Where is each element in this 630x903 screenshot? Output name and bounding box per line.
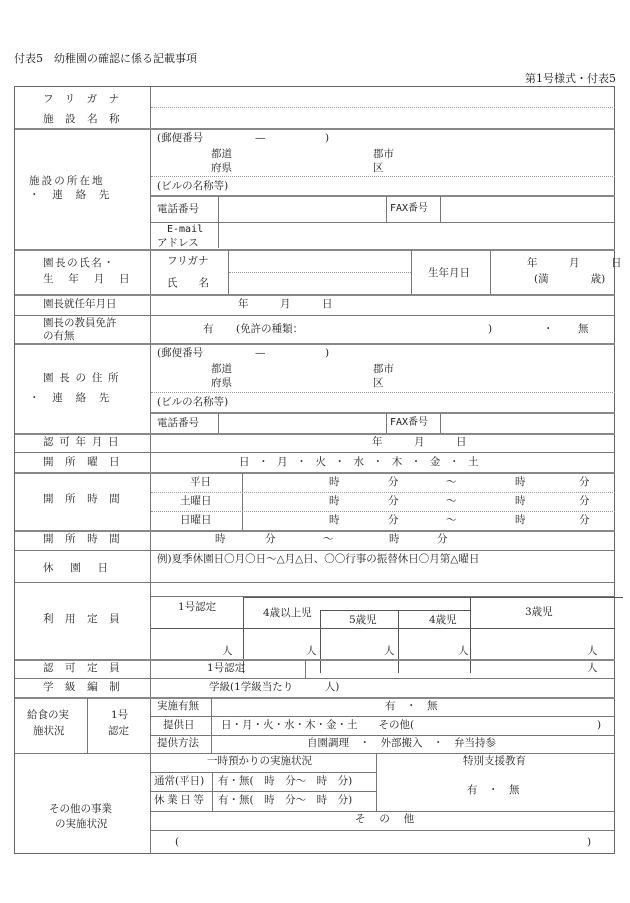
approved-capacity-label: 認可定員 [43,662,131,674]
capacity-age4-value[interactable]: 人 [458,645,469,657]
capacity-cert1-value[interactable]: 人 [222,645,233,657]
weekday-hour-1: 時 [329,476,340,488]
meals-label-2: 施状況 [33,725,65,737]
director-fax-input[interactable] [442,414,614,432]
director-postal-label: (郵便番号 [157,347,203,359]
director-building-label: (ビルの名称等) [157,396,228,408]
director-fax-label: FAX番号 [390,417,428,429]
other-header: そ の 他 [355,813,419,825]
hours2-min-1: 分 [265,533,276,545]
temp-care-weekday-label: 通常(平日) [154,775,204,787]
director-city-2: 区 [373,377,384,389]
director-address-label-1: 園長の住所 [43,372,124,384]
director-city-1: 郡市 [373,363,394,375]
appointed-date-label: 園長就任年月日 [43,298,117,310]
prefecture-label-1: 都道 [211,148,232,160]
email-input[interactable] [220,224,614,248]
sunday-hour-2: 時 [515,514,526,526]
capacity-age3-value[interactable]: 人 [587,645,598,657]
sunday-min-2: 分 [579,514,590,526]
meals-implemented-label: 実施有無 [157,700,199,712]
other-services-input[interactable] [185,833,585,851]
classes-value[interactable]: 学級(1学級当たり 人) [209,681,339,693]
saturday-min-1: 分 [388,495,399,507]
weekday-min-2: 分 [579,476,590,488]
meals-label-1: 給食の実 [27,709,69,721]
postal-label: (郵便番号 [157,132,203,144]
special-education-value[interactable]: 有 ・ 無 [467,784,520,796]
other-services-label-2: の実施状況 [55,818,108,830]
capacity-age5-value[interactable]: 人 [384,645,395,657]
phone-input[interactable] [220,197,384,221]
sunday-tilde: ～ [446,514,457,526]
postal-close: ) [325,132,329,144]
phone-label: 電話番号 [157,203,199,215]
director-phone-label: 電話番号 [157,417,199,429]
license-label-2: の有無 [43,330,75,342]
weekday-label: 平日 [190,476,211,488]
furigana-label: フリガナ [43,93,131,105]
saturday-hour-1: 時 [329,495,340,507]
hours2-hour-1: 時 [215,533,226,545]
building-label: (ビルの名称等) [157,180,228,192]
director-label-2: 生 年 月 日 [43,273,135,285]
city-label-2: 区 [373,162,384,174]
email-label-2: アドレス [157,237,199,249]
other-close-paren: ) [587,836,591,848]
facility-name-input[interactable] [152,109,614,127]
director-prefecture-2: 府県 [211,377,232,389]
meals-days-value[interactable]: 日・月・火・水・木・金・土 その他( [221,719,414,731]
hours2-min-2: 分 [437,533,448,545]
hours2-tilde: ～ [323,533,334,545]
meals-days-label: 提供日 [163,719,195,731]
director-postal-close: ) [325,347,329,359]
fax-label: FAX番号 [390,203,428,215]
director-address-label-2: ・ 連 絡 先 [29,392,114,404]
birth-date-value[interactable]: 年 月 日 [527,257,622,269]
director-name-label: 氏 名 [167,277,209,289]
open-days-label: 開所曜日 [43,456,131,468]
director-furigana-label: フリガナ [167,255,208,267]
approved-capacity-value[interactable]: 人 [587,662,598,674]
facility-name-label: 施設名称 [43,113,131,125]
meals-cert-2: 認定 [108,725,129,737]
weekday-hour-2: 時 [515,476,526,488]
license-separator: ・ [543,323,554,335]
capacity-age3-header: 3歳児 [525,606,553,618]
saturday-hour-2: 時 [515,495,526,507]
temp-care-weekday-value[interactable]: 有・無( 時 分～ 時 分) [218,775,352,787]
sunday-min-1: 分 [388,514,399,526]
capacity-age4plus-header: 4歳以上児 [263,607,312,619]
saturday-tilde: ～ [446,495,457,507]
location-label-2: ・ 連 絡 先 [29,189,114,201]
sunday-label: 日曜日 [180,514,212,526]
director-prefecture-1: 都道 [211,363,232,375]
capacity-cert1-header: 1号認定 [178,601,216,613]
capacity-age4plus-value[interactable]: 人 [306,645,317,657]
email-label-1: E-mail [167,224,203,236]
form-table: フリガナ 施設名称 施設の所在地 ・ 連 絡 先 (郵便番号 — ) 都道 府県… [14,86,615,854]
license-yes-option[interactable]: 有 [203,323,214,335]
facility-furigana-input[interactable] [152,88,614,106]
license-label-1: 園長の教員免許 [43,317,117,329]
holidays-label: 休園日 [43,562,125,574]
open-days-value[interactable]: 日 ・ 月 ・ 火 ・ 水 ・ 木 ・ 金 ・ 土 [239,456,481,468]
meals-cert-1: 1号 [111,709,128,721]
director-furigana-input[interactable] [230,251,410,271]
meals-method-value[interactable]: 自園調理 ・ 外部搬入 ・ 弁当持参 [307,737,496,749]
temp-care-holiday-label: 休業日等 [154,794,207,806]
temp-care-holiday-value[interactable]: 有・無( 時 分～ 時 分) [218,794,352,806]
saturday-min-2: 分 [579,495,590,507]
weekday-min-1: 分 [388,476,399,488]
capacity-age4-header: 4歳児 [429,614,457,626]
saturday-label: 土曜日 [180,495,212,507]
license-no-option[interactable]: 無 [578,323,589,335]
license-type-label: (免許の種類： [236,323,303,335]
director-postal-dash: — [255,347,266,359]
document-title: 付表5 幼稚園の確認に係る記載事項 [14,50,197,66]
capacity-age5-header: 5歳児 [349,614,377,626]
other-services-label-1: その他の事業 [49,803,112,815]
capacity-label: 利用定員 [43,613,131,625]
prefecture-label-2: 府県 [211,162,232,174]
special-education-header: 特別支援教育 [463,755,526,767]
age-value[interactable]: (満 歳) [534,273,605,285]
open-hours-label: 開所時間 [43,493,131,505]
classes-label: 学級編制 [43,681,131,693]
approval-date-value[interactable]: 年 月 日 [372,436,467,448]
meals-method-label: 提供方法 [157,737,199,749]
sunday-hour-1: 時 [329,514,340,526]
weekday-tilde: ～ [446,476,457,488]
director-label-1: 園長の氏名・ [43,257,115,269]
director-phone-input[interactable] [220,414,384,432]
other-open-paren: ( [175,836,179,848]
fax-input[interactable] [442,197,614,221]
license-type-close: ) [488,323,492,335]
approval-date-label: 認可年月日 [43,436,124,448]
meals-implemented-value[interactable]: 有 ・ 無 [385,700,438,712]
temp-care-header: 一時預かりの実施状況 [207,755,312,767]
location-label-1: 施設の所在地 [29,175,105,187]
hours2-hour-2: 時 [389,533,400,545]
form-id: 第1号様式・付表5 [525,70,616,86]
approved-capacity-cert1: 1号認定 [207,662,245,674]
city-label-1: 郡市 [373,148,394,160]
postal-dash: — [255,132,266,144]
holidays-example[interactable]: 例)夏季休園日〇月〇日～△月△日、〇〇行事の振替休日〇月第△曜日 [157,553,479,565]
director-name-input[interactable] [230,274,410,293]
appointed-date-value[interactable]: 年 月 日 [238,298,333,310]
meals-days-close: ) [597,719,601,731]
open-hours-2-label: 開所時間 [43,533,131,545]
birth-date-label: 生年月日 [428,267,470,279]
